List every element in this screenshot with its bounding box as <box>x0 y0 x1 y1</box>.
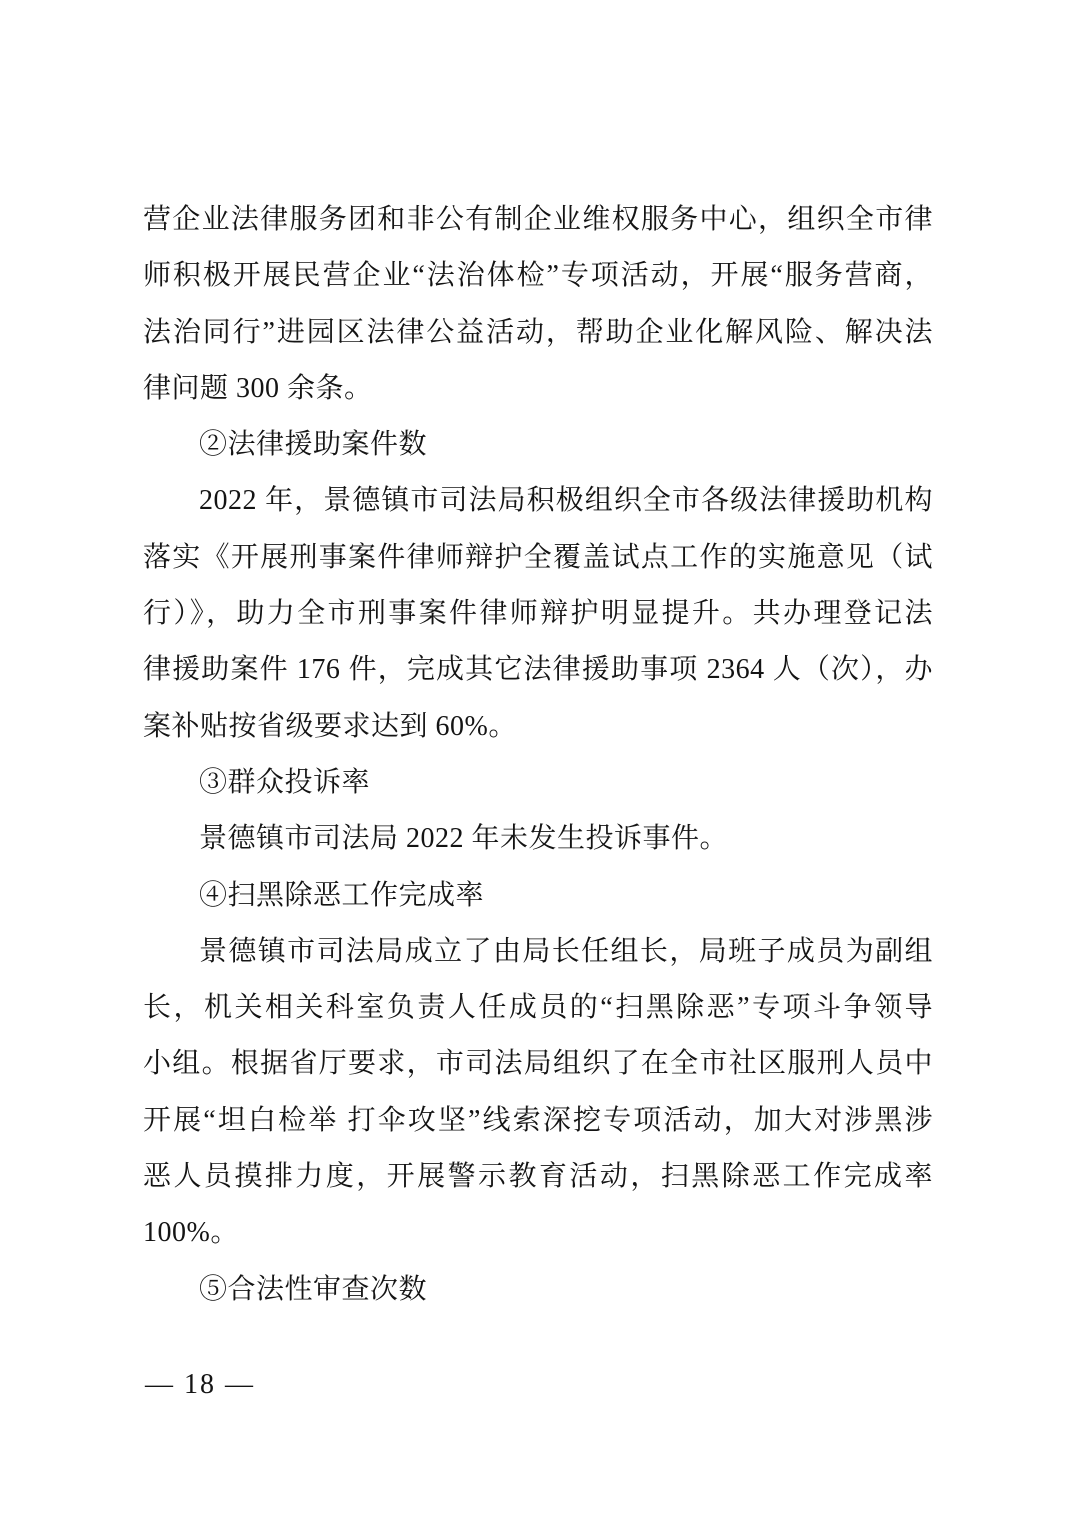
body-line: 律问题 300 余条。 <box>143 361 933 417</box>
body-line: 景德镇市司法局成立了由局长任组长，局班子成员为副组 <box>143 924 933 980</box>
heading-line: ④扫黑除恶工作完成率 <box>143 868 933 924</box>
body-line: 落实《开展刑事案件律师辩护全覆盖试点工作的实施意见（试 <box>143 530 933 586</box>
body-line: 恶人员摸排力度，开展警示教育活动，扫黑除恶工作完成率 <box>143 1149 933 1205</box>
body-line: 案补贴按省级要求达到 60%。 <box>143 699 933 755</box>
body-line: 营企业法律服务团和非公有制企业维权服务中心，组织全市律 <box>143 192 933 248</box>
document-body: 营企业法律服务团和非公有制企业维权服务中心，组织全市律 师积极开展民营企业“法治… <box>143 192 933 1318</box>
body-line: 行）》，助力全市刑事案件律师辩护明显提升。共办理登记法 <box>143 586 933 642</box>
heading-line: ③群众投诉率 <box>143 755 933 811</box>
page-number: — 18 — <box>145 1368 255 1402</box>
body-line: 开展“坦白检举 打伞攻坚”线索深挖专项活动，加大对涉黑涉 <box>143 1093 933 1149</box>
body-line: 100%。 <box>143 1205 933 1261</box>
body-line: 长，机关相关科室负责人任成员的“扫黑除恶”专项斗争领导 <box>143 980 933 1036</box>
body-line: 师积极开展民营企业“法治体检”专项活动，开展“服务营商， <box>143 248 933 304</box>
heading-line: ②法律援助案件数 <box>143 417 933 473</box>
body-line: 法治同行”进园区法律公益活动，帮助企业化解风险、解决法 <box>143 305 933 361</box>
body-line: 2022 年，景德镇市司法局积极组织全市各级法律援助机构 <box>143 473 933 529</box>
body-line: 律援助案件 176 件，完成其它法律援助事项 2364 人（次），办 <box>143 642 933 698</box>
document-page: 营企业法律服务团和非公有制企业维权服务中心，组织全市律 师积极开展民营企业“法治… <box>0 0 1074 1520</box>
heading-line: ⑤合法性审查次数 <box>143 1262 933 1318</box>
body-line: 小组。根据省厅要求，市司法局组织了在全市社区服刑人员中 <box>143 1036 933 1092</box>
body-line: 景德镇市司法局 2022 年未发生投诉事件。 <box>143 811 933 867</box>
